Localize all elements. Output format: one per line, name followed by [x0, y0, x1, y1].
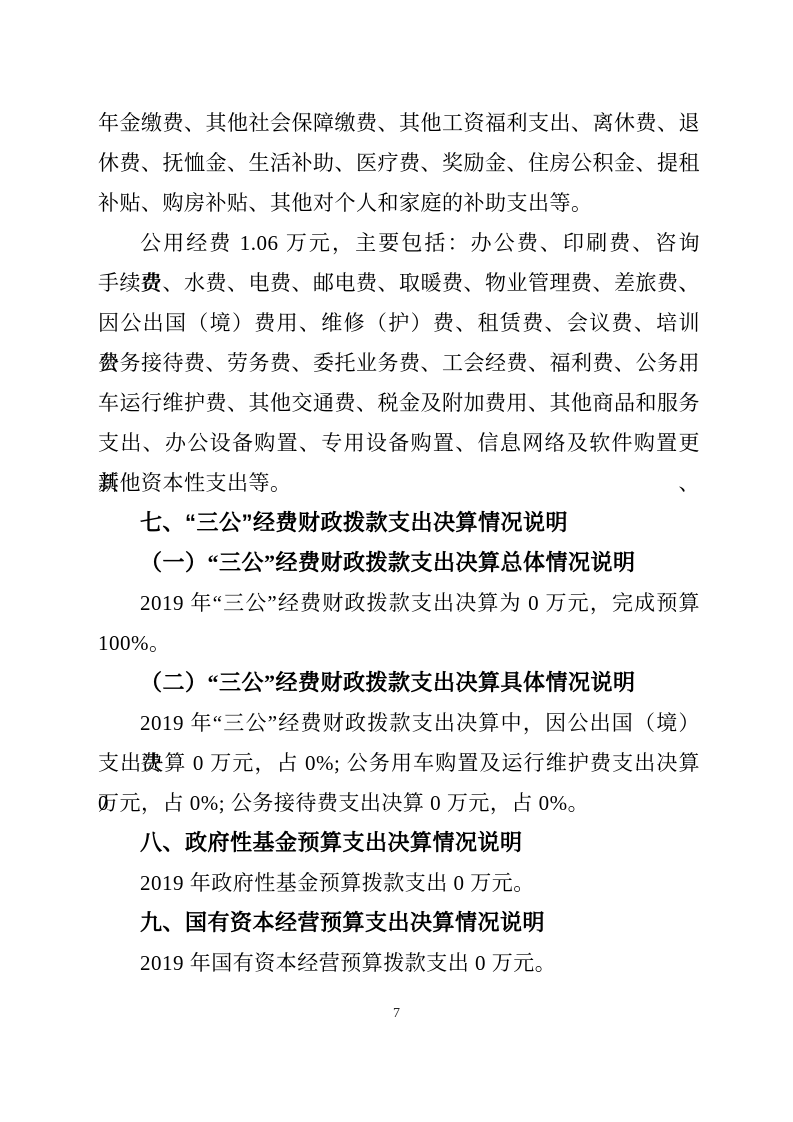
section-heading: 八、政府性基金预算支出决算情况说明	[98, 823, 700, 863]
text-line: 七、“三公”经费财政拨款支出决算情况说明	[98, 503, 700, 543]
subsection-heading: （一）“三公”经费财政拨款支出决算总体情况说明	[98, 543, 700, 583]
text-line: 年金缴费、其他社会保障缴费、其他工资福利支出、离休费、退	[98, 103, 700, 143]
page-footer: 7	[0, 1004, 793, 1024]
paragraph: 2019 年政府性基金预算拨款支出 0 万元。	[98, 863, 700, 903]
text-line: 支出、办公设备购置、专用设备购置、信息网络及软件购置更新、	[98, 423, 700, 463]
text-line: 2019 年“三公”经费财政拨款支出决算为 0 万元，完成预算	[98, 583, 700, 623]
subsection-heading: （二）“三公”经费财政拨款支出决算具体情况说明	[98, 663, 700, 703]
text-line: 休费、抚恤金、生活补助、医疗费、奖励金、住房公积金、提租	[98, 143, 700, 183]
text-line: （一）“三公”经费财政拨款支出决算总体情况说明	[98, 543, 700, 583]
document-body: 年金缴费、其他社会保障缴费、其他工资福利支出、离休费、退休费、抚恤金、生活补助、…	[98, 0, 700, 983]
paragraph: 2019 年“三公”经费财政拨款支出决算为 0 万元，完成预算100%。	[98, 583, 700, 663]
paragraph: 公用经费 1.06 万元，主要包括：办公费、印刷费、咨询费、手续费、水费、电费、…	[98, 223, 700, 503]
text-line: 手续费、水费、电费、邮电费、取暖费、物业管理费、差旅费、	[98, 263, 700, 303]
text-line: 九、国有资本经营预算支出决算情况说明	[98, 903, 700, 943]
paragraph: 2019 年国有资本经营预算拨款支出 0 万元。	[98, 943, 700, 983]
text-line: 万元，占 0%; 公务接待费支出决算 0 万元，占 0%。	[98, 783, 700, 823]
paragraph: 年金缴费、其他社会保障缴费、其他工资福利支出、离休费、退休费、抚恤金、生活补助、…	[98, 103, 700, 223]
text-line: （二）“三公”经费财政拨款支出决算具体情况说明	[98, 663, 700, 703]
text-line: 100%。	[98, 623, 700, 663]
document-page: 年金缴费、其他社会保障缴费、其他工资福利支出、离休费、退休费、抚恤金、生活补助、…	[0, 0, 793, 1122]
text-line: 2019 年“三公”经费财政拨款支出决算中，因公出国（境）费	[98, 703, 700, 743]
page-number: 7	[393, 1006, 400, 1021]
text-line: 公务接待费、劳务费、委托业务费、工会经费、福利费、公务用	[98, 343, 700, 383]
text-line: 补贴、购房补贴、其他对个人和家庭的补助支出等。	[98, 183, 700, 223]
text-line: 车运行维护费、其他交通费、税金及附加费用、其他商品和服务	[98, 383, 700, 423]
paragraph: 2019 年“三公”经费财政拨款支出决算中，因公出国（境）费支出决算 0 万元，…	[98, 703, 700, 823]
text-line: 因公出国（境）费用、维修（护）费、租赁费、会议费、培训费、	[98, 303, 700, 343]
text-line: 公用经费 1.06 万元，主要包括：办公费、印刷费、咨询费、	[98, 223, 700, 263]
text-line: 2019 年政府性基金预算拨款支出 0 万元。	[98, 863, 700, 903]
text-line: 2019 年国有资本经营预算拨款支出 0 万元。	[98, 943, 700, 983]
text-line: 八、政府性基金预算支出决算情况说明	[98, 823, 700, 863]
text-line: 支出决算 0 万元，占 0%; 公务用车购置及运行维护费支出决算 0	[98, 743, 700, 783]
section-heading: 九、国有资本经营预算支出决算情况说明	[98, 903, 700, 943]
section-heading: 七、“三公”经费财政拨款支出决算情况说明	[98, 503, 700, 543]
